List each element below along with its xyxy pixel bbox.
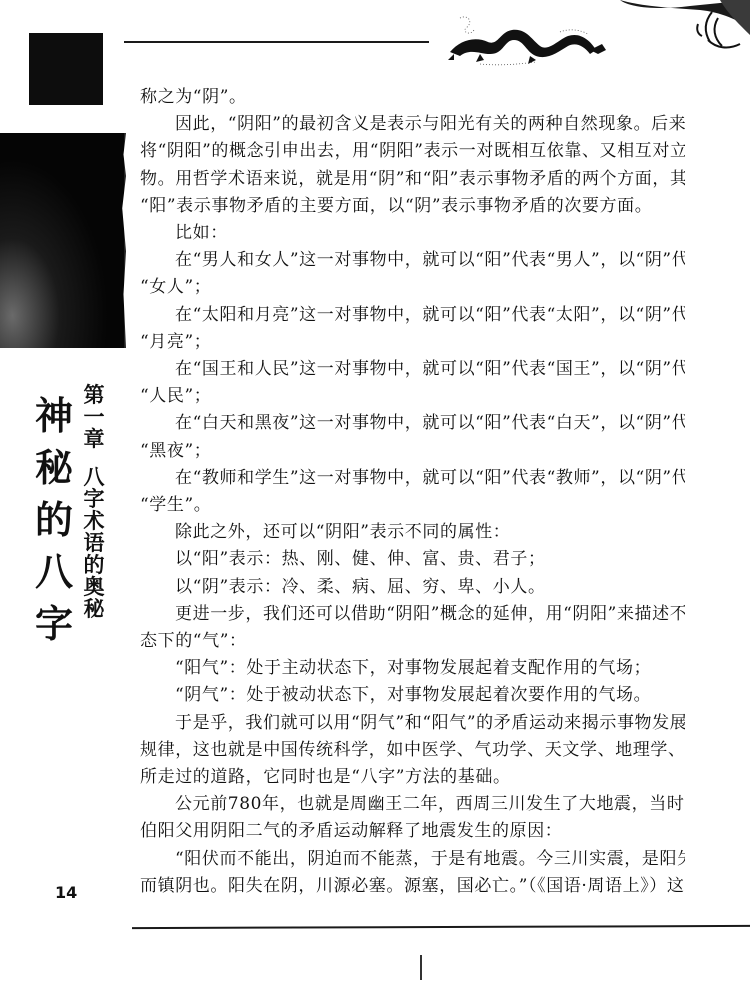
book-title-char: 秘 bbox=[30, 442, 78, 494]
chapter-title-char: 奥 bbox=[82, 576, 106, 598]
text-line: 规律，这也就是中国传统科学，如中医学、气功学、天文学、地理学、术数学等 bbox=[140, 737, 685, 764]
text-line: “月亮”； bbox=[140, 329, 685, 356]
text-line: “阳伏而不能出，阴迫而不能蒸，于是有地震。今三川实震，是阳失其所 bbox=[140, 846, 685, 873]
text-line: 所走过的道路，它同时也是“八字”方法的基础。 bbox=[140, 764, 685, 791]
text-line: 在“白天和黑夜”这一对事物中，就可以“阳”代表“白天”，以“阴”代表 bbox=[140, 410, 685, 437]
text-line: 称之为“阴”。 bbox=[140, 84, 685, 111]
chapter-title-gap bbox=[82, 450, 106, 466]
text-line: 在“国王和人民”这一对事物中，就可以“阳”代表“国王”，以“阴”代表 bbox=[140, 356, 685, 383]
corner-ornament-icon bbox=[600, 0, 750, 55]
text-line: “阳气”：处于主动状态下，对事物发展起着支配作用的气场； bbox=[140, 655, 685, 682]
text-line: 而镇阴也。阳失在阴，川源必塞。源塞，国必亡。”（《国语·周语上》）这里的 bbox=[140, 873, 685, 900]
chapter-label-char: 一 bbox=[82, 406, 106, 428]
text-line: 于是乎，我们就可以用“阴气”和“阳气”的矛盾运动来揭示事物发展的 bbox=[140, 710, 685, 737]
chapter-title-char: 术 bbox=[82, 510, 106, 532]
gutter-mark bbox=[420, 955, 422, 980]
text-line: “黑夜”； bbox=[140, 438, 685, 465]
chapter-title-char: 八 bbox=[82, 466, 106, 488]
text-line: “女人”； bbox=[140, 274, 685, 301]
text-line: “学生”。 bbox=[140, 492, 685, 519]
text-line: 伯阳父用阴阳二气的矛盾运动解释了地震发生的原因： bbox=[140, 818, 685, 845]
book-title-vertical: 神 秘 的 八 字 bbox=[30, 390, 78, 650]
text-line: 除此之外，还可以“阴阳”表示不同的属性： bbox=[140, 519, 685, 546]
book-title-char: 八 bbox=[30, 546, 78, 598]
footer-rule bbox=[132, 925, 750, 929]
text-line: 在“太阳和月亮”这一对事物中，就可以“阳”代表“太阳”，以“阴”代表 bbox=[140, 302, 685, 329]
book-title-char: 字 bbox=[30, 598, 78, 650]
text-line: 公元前780年，也就是周幽王二年，西周三川发生了大地震，当时的太史 bbox=[140, 791, 685, 818]
header-rule bbox=[124, 41, 429, 43]
page-number: 14 bbox=[55, 883, 77, 902]
text-line: 以“阳”表示：热、刚、健、伸、富、贵、君子； bbox=[140, 546, 685, 573]
text-line: 物。用哲学术语来说，就是用“阴”和“阳”表示事物矛盾的两个方面，其中以 bbox=[140, 166, 685, 193]
text-line: 更进一步，我们还可以借助“阴阳”概念的延伸，用“阴阳”来描述不同状 bbox=[140, 601, 685, 628]
side-black-band bbox=[0, 133, 126, 348]
chapter-title-vertical: 第 一 章 八 字 术 语 的 奥 秘 bbox=[82, 384, 106, 620]
chapter-title-char: 秘 bbox=[82, 598, 106, 620]
text-line: “阳”表示事物矛盾的主要方面，以“阴”表示事物矛盾的次要方面。 bbox=[140, 193, 685, 220]
chapter-title-char: 的 bbox=[82, 554, 106, 576]
chapter-title-char: 语 bbox=[82, 532, 106, 554]
text-line: 在“男人和女人”这一对事物中，就可以“阳”代表“男人”，以“阴”代表 bbox=[140, 247, 685, 274]
text-line: “人民”； bbox=[140, 383, 685, 410]
chapter-label-char: 章 bbox=[82, 428, 106, 450]
book-page: 神 秘 的 八 字 第 一 章 八 字 术 语 的 奥 秘 称之为“阴”。因此，… bbox=[0, 0, 750, 981]
text-line: 因此，“阴阳”的最初含义是表示与阳光有关的两种自然现象。后来人们 bbox=[140, 111, 685, 138]
chapter-title-char: 字 bbox=[82, 488, 106, 510]
text-line: 比如： bbox=[140, 220, 685, 247]
book-title-char: 神 bbox=[30, 390, 78, 442]
chapter-label-char: 第 bbox=[82, 384, 106, 406]
text-line: 将“阴阳”的概念引申出去，用“阴阳”表示一对既相互依靠、又相互对立的事 bbox=[140, 138, 685, 165]
dragon-ornament-icon bbox=[440, 10, 620, 66]
corner-black-block bbox=[29, 33, 103, 105]
body-text: 称之为“阴”。因此，“阴阳”的最初含义是表示与阳光有关的两种自然现象。后来人们将… bbox=[140, 84, 685, 900]
book-title-char: 的 bbox=[30, 494, 78, 546]
text-line: 态下的“气”： bbox=[140, 628, 685, 655]
text-line: “阴气”：处于被动状态下，对事物发展起着次要作用的气场。 bbox=[140, 682, 685, 709]
text-line: 以“阴”表示：冷、柔、病、屈、穷、卑、小人。 bbox=[140, 574, 685, 601]
text-line: 在“教师和学生”这一对事物中，就可以“阳”代表“教师”，以“阴”代表 bbox=[140, 465, 685, 492]
